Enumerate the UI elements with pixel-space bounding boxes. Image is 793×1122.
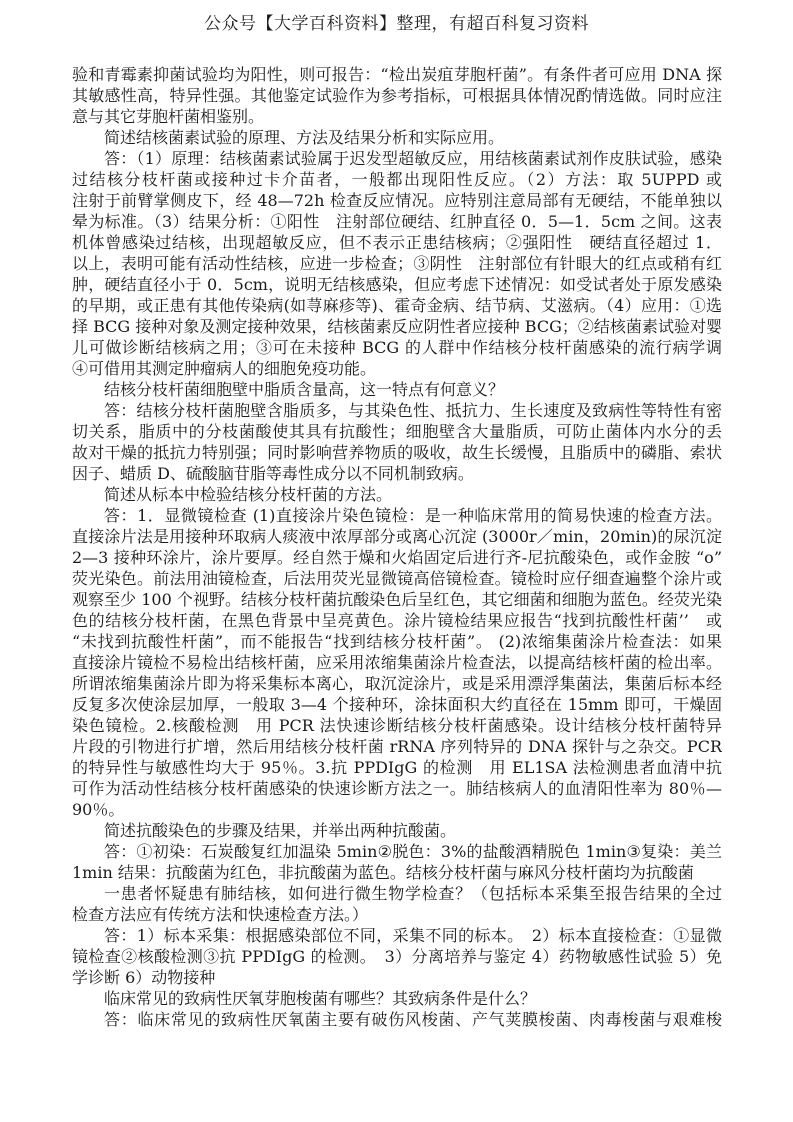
text-line: 答：临床常见的致病性厌氧菌主要有破伤风梭菌、产气荚膜梭菌、肉毒梭菌与艰难梭菌。	[72, 1009, 722, 1030]
text-line: 晕为标准。（3）结果分析：①阳性 注射部位硬结、红肿直径 0．5—1．5cm 之…	[72, 211, 722, 232]
text-line: 直接涂片镜检不易检出结核杆菌，应采用浓缩集菌涂片检查法，以提高结核杆菌的检出率。	[72, 652, 722, 673]
text-line: 简述从标本中检验结核分枝杆菌的方法。	[72, 484, 722, 505]
text-line: 1min 结果：抗酸菌为红色，非抗酸菌为蓝色。结核分枝杆菌与麻风分枝杆菌均为抗酸…	[72, 862, 722, 883]
text-line: 可作为活动性结核分枝杆菌感染的快速诊断方法之一。肺结核病人的血清阳性率为 80％…	[72, 778, 722, 799]
text-line: 检查方法应有传统方法和快速检查方法。）	[72, 904, 722, 925]
page-header: 公众号【大学百科资料】整理，有超百科复习资料	[0, 9, 793, 34]
text-line: 验和青霉素抑菌试验均为阳性，则可报告：“检出炭疽芽胞杆菌”。有条件者可应用 DN…	[72, 64, 722, 85]
text-line: 2—3 接种环涂片，涂片要厚。经自然于燥和火焰固定后进行齐-尼抗酸染色，或作金胺…	[72, 547, 722, 568]
text-line: 以上，表明可能有活动性结核，应进一步检查；③阴性 注射部位有针眼大的红点或稍有红	[72, 253, 722, 274]
text-line: 故对干燥的抵抗力特别强；同时影响营养物质的吸收，故生长缓慢，且脂质中的磷脂、索状	[72, 442, 722, 463]
text-line: ④可借用其测定肿瘤病人的细胞免疫功能。	[72, 358, 722, 379]
text-line: 因子、蜡质 D、硫酸脑苷脂等毒性成分以不同机制致病。	[72, 463, 722, 484]
text-line: 直接涂片法是用接种环取病人痰液中浓厚部分或离心沉淀 (3000r／min，20m…	[72, 526, 722, 547]
text-line: 一患者怀疑患有肺结核，如何进行微生物学检查？（包括标本采集至报告结果的全过程，	[72, 883, 722, 904]
text-line: 过结核分枝杆菌或接种过卡介苗者，一般都出现阳性反应。（2）方法：取 5UPPD …	[72, 169, 722, 190]
text-line: 其敏感性高，特异性强。其他鉴定试验作为参考指标，可根据具体情况酌情选做。同时应注	[72, 85, 722, 106]
text-line: 反复多次使涂层加厚，一般取 3—4 个接种环，涂抹面积大约直径在 15mm 即可…	[72, 694, 722, 715]
text-line: 染色镜检。2.核酸检测 用 PCR 法快速诊断结核分枝杆菌感染。设计结核分枝杆菌…	[72, 715, 722, 736]
text-line: 切关系，脂质中的分枝菌酸使其具有抗酸性；细胞壁含大量脂质，可防止菌体内水分的丢失…	[72, 421, 722, 442]
text-line: 简述结核菌素试验的原理、方法及结果分析和实际应用。	[72, 127, 722, 148]
text-line: 简述抗酸染色的步骤及结果，并举出两种抗酸菌。	[72, 820, 722, 841]
text-line: 片段的引物进行扩增，然后用结核分枝杆菌 rRNA 序列特异的 DNA 探针与之杂…	[72, 736, 722, 757]
text-line: 答：1．显微镜检查 (1)直接涂片染色镜检：是一种临床常用的简易快速的检查方法。	[72, 505, 722, 526]
document-body: 验和青霉素抑菌试验均为阳性，则可报告：“检出炭疽芽胞杆菌”。有条件者可应用 DN…	[72, 64, 722, 1030]
text-line: 答：①初染：石炭酸复红加温染 5min②脱色：3%的盐酸酒精脱色 1min③复染…	[72, 841, 722, 862]
text-line: 儿可做诊断结核病之用；③可在未接种 BCG 的人群中作结核分枝杆菌感染的流行病学…	[72, 337, 722, 358]
text-line: 学诊断 6）动物接种	[72, 967, 722, 988]
text-line: 色的结核分枝杆菌，在黑色背景中呈亮黄色。涂片镜检结果应报告“找到抗酸性杆菌’’ …	[72, 610, 722, 631]
text-line: 所谓浓缩集菌涂片即为将采集标本离心，取沉淀涂片，或是采用漂浮集菌法，集菌后标本经	[72, 673, 722, 694]
text-line: 答：结核分枝杆菌胞壁含脂质多，与其染色性、抵抗力、生长速度及致病性等特性有密	[72, 400, 722, 421]
text-line: 荧光染色。前法用油镜检查，后法用荧光显微镜高倍镜检查。镜检时应仔细查遍整个涂片或	[72, 568, 722, 589]
text-line: 答：（1）原理：结核菌素试验属于迟发型超敏反应，用结核菌素试剂作皮肤试验，感染	[72, 148, 722, 169]
document-page: 公众号【大学百科资料】整理，有超百科复习资料 验和青霉素抑菌试验均为阳性，则可报…	[0, 0, 793, 1122]
text-line: 90％。	[72, 799, 722, 820]
text-line: 肿，硬结直径小于 0．5cm，说明无结核感染，但应考虑下述情况：如受试者处于原发…	[72, 274, 722, 295]
text-line: 的特异性与敏感性均大于 95％。3.抗 PPDIgG 的检测 用 EL1SA 法…	[72, 757, 722, 778]
text-line: 注射于前臂掌侧皮下，经 48—72h 检查反应情况。应特别注意局部有无硬结，不能…	[72, 190, 722, 211]
text-line: 观察至少 100 个视野。结核分枝杆菌抗酸染色后呈红色，其它细菌和细胞为蓝色。经…	[72, 589, 722, 610]
text-line: 机体曾感染过结核，出现超敏反应，但不表示正患结核病；②强阳性 硬结直径超过 1．…	[72, 232, 722, 253]
text-line: 意与其它芽胞杆菌相鉴别。	[72, 106, 722, 127]
text-line: 答：1）标本采集：根据感染部位不同，采集不同的标本。 2）标本直接检查：①显微	[72, 925, 722, 946]
text-line: 临床常见的致病性厌氧芽胞梭菌有哪些？其致病条件是什么？	[72, 988, 722, 1009]
text-line: 择 BCG 接种对象及测定接种效果，结核菌素反应阴性者应接种 BCG；②结核菌素…	[72, 316, 722, 337]
text-line: 的早期，或正患有其他传染病(如荨麻疹等)、霍奇金病、结节病、艾滋病。（4）应用：…	[72, 295, 722, 316]
text-line: 结核分枝杆菌细胞壁中脂质含量高，这一特点有何意义？	[72, 379, 722, 400]
text-line: 镜检查②核酸检测③抗 PPDIgG 的检测。 3）分离培养与鉴定 4）药物敏感性…	[72, 946, 722, 967]
text-line: “未找到抗酸性杆菌”，而不能报告“找到结核分枝杆菌”。 (2)浓缩集菌涂片检查法…	[72, 631, 722, 652]
